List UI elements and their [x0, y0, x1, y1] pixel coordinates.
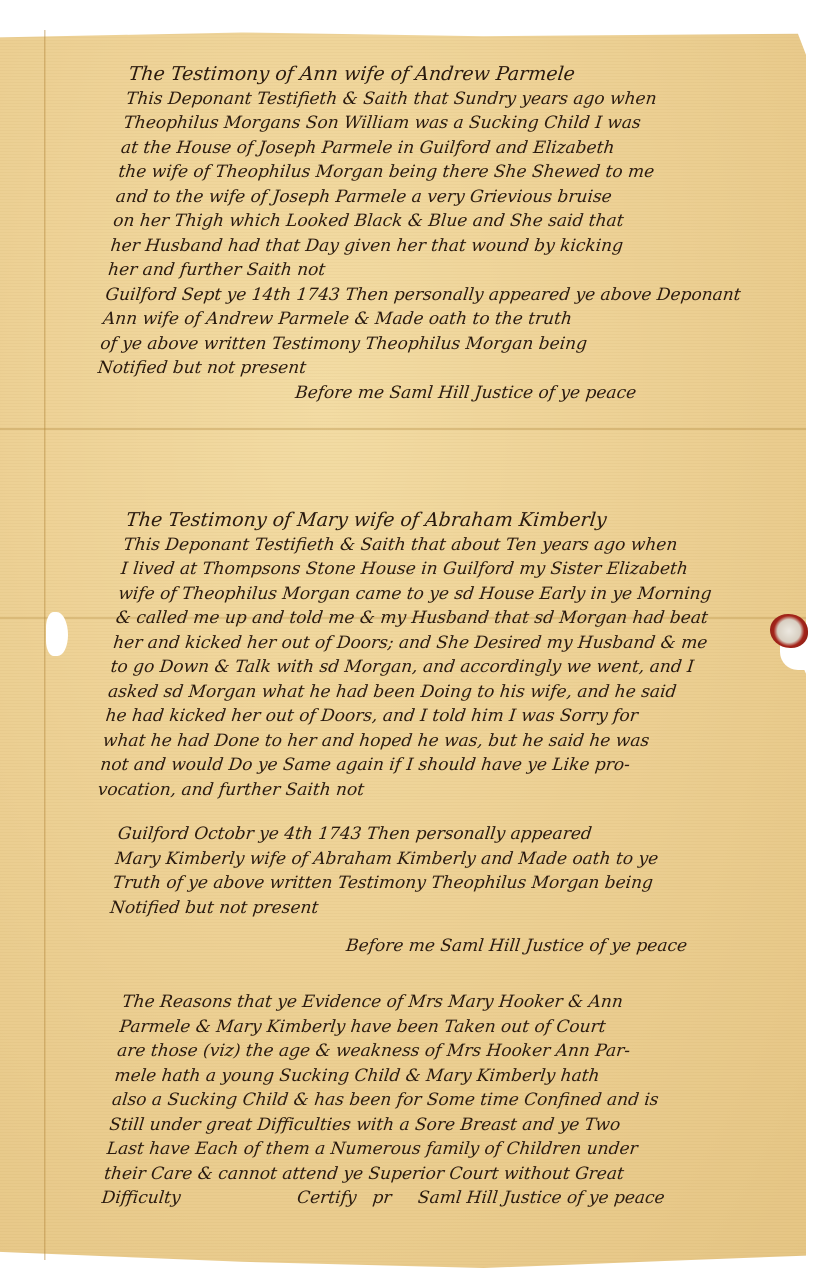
testimony-line: and to the wife of Joseph Parmele a very…: [115, 185, 798, 210]
testimony-line: her and further Saith not: [107, 258, 790, 283]
testimony-line: This Deponant Testifieth & Saith that ab…: [122, 533, 805, 558]
testimony-line: wife of Theophilus Morgan came to ye sd …: [117, 582, 800, 607]
reasons-statement: The Reasons that ye Evidence of Mrs Mary…: [100, 990, 803, 1211]
reasons-line: The Reasons that ye Evidence of Mrs Mary…: [121, 990, 804, 1015]
testimony-line: Theophilus Morgans Son William was a Suc…: [122, 111, 805, 136]
testimony-line: her and kicked her out of Doors; and She…: [112, 631, 795, 656]
justice-signature: Before me Saml Hill Justice of ye peace: [94, 381, 777, 406]
testimony-line: at the House of Joseph Parmele in Guilfo…: [120, 136, 803, 161]
reasons-line: also a Sucking Child & has been for Some…: [111, 1088, 794, 1113]
per-mark: pr: [371, 1186, 414, 1211]
certify-label: Certify: [296, 1186, 369, 1211]
horizontal-fold-line: [0, 428, 806, 430]
justice-signature: Saml Hill Justice of ye peace: [417, 1186, 666, 1211]
testimony-title: The Testimony of Ann wife of Andrew Parm…: [127, 62, 810, 87]
justice-signature: Before me Saml Hill Justice of ye peace: [105, 934, 788, 959]
torn-hole: [46, 612, 68, 656]
attestation-line: Notified but not present: [109, 896, 792, 921]
reasons-line: Difficulty: [100, 1186, 293, 1211]
reasons-line: Last have Each of them a Numerous family…: [106, 1137, 789, 1162]
attestation-line: of ye above written Testimony Theophilus…: [99, 332, 782, 357]
attestation-line: Ann wife of Andrew Parmele & Made oath t…: [102, 307, 785, 332]
attestation-mary-kimberly: Guilford Octobr ye 4th 1743 Then persona…: [105, 822, 799, 959]
testimony-line: what he had Done to her and hoped he was…: [102, 729, 785, 754]
testimony-line: he had kicked her out of Doors, and I to…: [104, 704, 787, 729]
testimony-line: asked sd Morgan what he had been Doing t…: [107, 680, 790, 705]
testimony-title: The Testimony of Mary wife of Abraham Ki…: [125, 508, 808, 533]
attestation-line: Guilford Octobr ye 4th 1743 Then persona…: [117, 822, 800, 847]
reasons-line: Parmele & Mary Kimberly have been Taken …: [118, 1015, 801, 1040]
testimony-line: the wife of Theophilus Morgan being ther…: [117, 160, 800, 185]
reasons-line: their Care & cannot attend ye Superior C…: [103, 1162, 786, 1187]
attestation-line: Mary Kimberly wife of Abraham Kimberly a…: [114, 847, 797, 872]
reasons-line: mele hath a young Sucking Child & Mary K…: [113, 1064, 796, 1089]
attestation-line: Truth of ye above written Testimony Theo…: [111, 871, 794, 896]
reasons-line: Still under great Difficulties with a So…: [108, 1113, 791, 1138]
testimony-line: This Deponant Testifieth & Saith that Su…: [125, 87, 808, 112]
testimony-line: on her Thigh which Looked Black & Blue a…: [112, 209, 795, 234]
testimony-line: vocation, and further Saith not: [97, 778, 780, 803]
attestation-line: Notified but not present: [97, 356, 780, 381]
testimony-line: her Husband had that Day given her that …: [109, 234, 792, 259]
testimony-line: & called me up and told me & my Husband …: [115, 606, 798, 631]
testimony-mary-kimberly: The Testimony of Mary wife of Abraham Ki…: [97, 508, 808, 802]
testimony-line: not and would Do ye Same again if I shou…: [99, 753, 782, 778]
testimony-line: to go Down & Talk with sd Morgan, and ac…: [109, 655, 792, 680]
reasons-line: are those (viz) the age & weakness of Mr…: [116, 1039, 799, 1064]
closing-signature-row: Difficulty Certify pr Saml Hill Justice …: [100, 1186, 783, 1211]
attestation-line: Guilford Sept ye 14th 1743 Then personal…: [104, 283, 787, 308]
testimony-ann-parmele: The Testimony of Ann wife of Andrew Parm…: [94, 62, 810, 405]
testimony-line: I lived at Thompsons Stone House in Guil…: [120, 557, 803, 582]
